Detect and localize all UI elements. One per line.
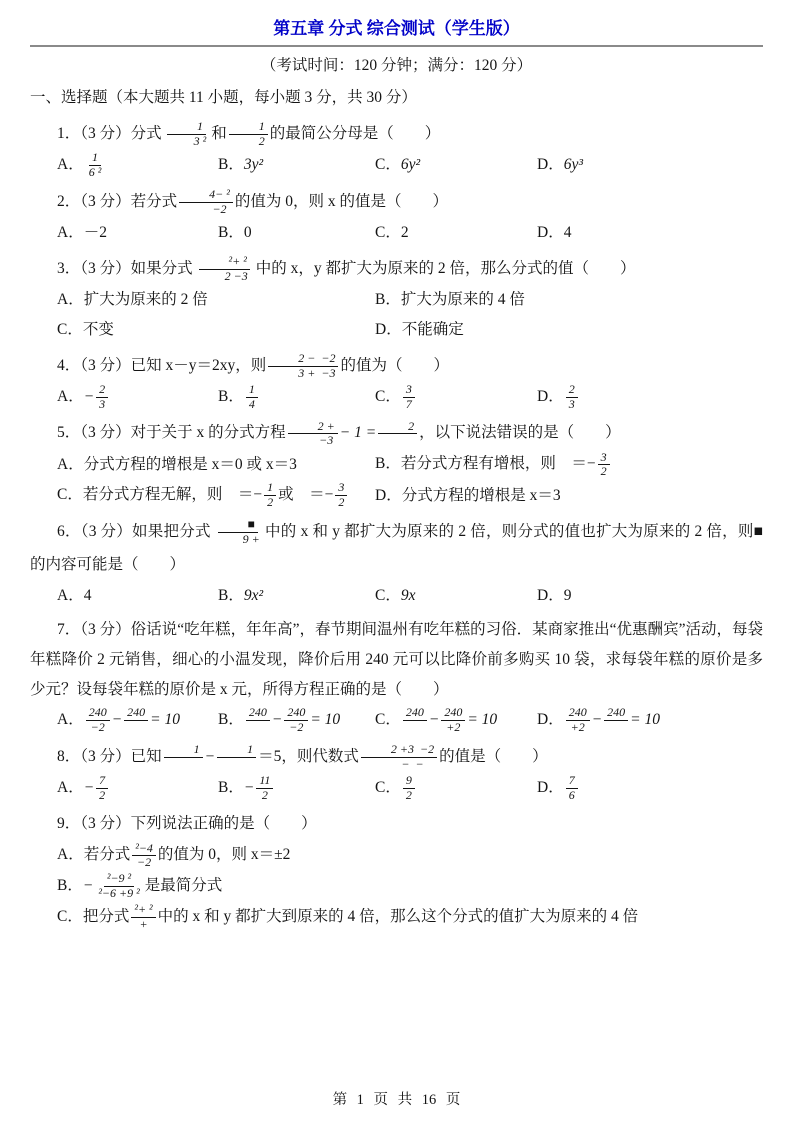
fraction: 2 − −23 + −3 xyxy=(268,352,338,381)
fraction-numerator: 1 xyxy=(246,383,258,398)
option-value: 2 xyxy=(401,224,409,241)
fraction-denominator: 2 xyxy=(335,496,347,510)
fraction-numerator: 240 xyxy=(566,706,590,721)
fraction: 72 xyxy=(96,774,108,803)
question-4-option-d: D．23 xyxy=(537,382,763,413)
fraction-denominator: −2 xyxy=(286,721,306,735)
fraction-numerator: ²+ ² xyxy=(131,903,155,918)
question-3-option-b: B．扩大为原来的 4 倍 xyxy=(375,285,763,315)
minus-sign: − xyxy=(205,748,215,765)
fraction-numerator: 9 xyxy=(403,774,415,789)
fraction-numerator: 7 xyxy=(566,774,578,789)
question-6-stem: 6．（3 分）如果把分式■9 +中的 x 和 y 都扩大为原来的 2 倍，则分式… xyxy=(30,515,763,581)
question-2-stem: 2．（3 分）若分式4− ²−2的值为 0，则 x 的值是（ ） xyxy=(30,185,763,218)
fraction-numerator: 1 xyxy=(89,151,101,166)
fraction: 76 xyxy=(566,774,578,803)
question-6-option-a: A．4 xyxy=(57,581,218,611)
option-label: D． xyxy=(537,156,564,173)
question-2-option-a: A．－2 xyxy=(57,218,218,248)
fraction: 14 xyxy=(246,383,258,412)
option-label: C． xyxy=(57,486,83,503)
fraction-denominator xyxy=(165,758,201,772)
fraction: ²+ ²+ xyxy=(131,903,155,932)
fraction-denominator: 3 xyxy=(566,398,578,412)
option-label: C． xyxy=(375,388,401,405)
fraction-denominator: 9 + xyxy=(213,533,263,547)
fraction-denominator: 3 xyxy=(96,398,108,412)
fraction: 240+2 xyxy=(441,706,465,735)
question-8-options: A．−72 B．−112 C．92 D．76 xyxy=(57,773,763,804)
minus-sign: − xyxy=(244,779,254,796)
fraction-numerator: 4− ² xyxy=(179,188,233,203)
fraction: 240+2 xyxy=(566,706,590,735)
question-3-option-a: A．扩大为原来的 2 倍 xyxy=(57,285,375,315)
fraction-numerator: ²−4 xyxy=(132,842,156,857)
question-8-text-post: 的值是（ ） xyxy=(439,748,548,765)
option-label: A． xyxy=(57,711,84,728)
fraction: 1 xyxy=(217,743,256,772)
option-value: 9 xyxy=(564,587,572,604)
page-title: 第五章 分式 综合测试（学生版） xyxy=(30,14,763,39)
option-label: B． xyxy=(375,291,401,308)
question-5-option-b: B．若分式方程有增根，则 ＝−32 xyxy=(375,449,763,480)
question-5-stem: 5．（3 分）对于关于 x 的分式方程2 +−3− 1 =2 ，以下说法错误的是… xyxy=(30,416,763,449)
option-label: A． xyxy=(57,291,84,308)
equals-value: = 10 xyxy=(150,711,180,728)
question-6-option-c: C．9x xyxy=(375,581,537,611)
fraction-denominator: 3 ² xyxy=(164,135,210,149)
fraction-numerator: 240 xyxy=(284,706,308,721)
exam-info: （考试时间：120 分钟；满分：120 分） xyxy=(30,51,763,81)
question-7-option-c: C．240 −240+2= 10 xyxy=(375,705,537,736)
fraction: 240 xyxy=(403,706,427,735)
question-5-text-post: ，以下说法错误的是（ ） xyxy=(419,424,621,441)
question-9-option-a: A．若分式²−4−2的值为 0，则 x＝±2 xyxy=(57,840,763,871)
minus-sign: − xyxy=(84,779,94,796)
question-3-text-post: 中的 x，y 都扩大为原来的 2 倍，那么分式的值（ ） xyxy=(256,260,636,277)
fraction: 112 xyxy=(256,774,273,803)
option-label: A． xyxy=(57,846,84,863)
title-divider xyxy=(30,45,763,47)
fraction-numerator: 11 xyxy=(256,774,273,789)
question-2-text-pre: 2．（3 分）若分式 xyxy=(57,193,177,210)
fraction-numerator: 2 xyxy=(378,420,417,435)
option-value: 分式方程的增根是 x＝3 xyxy=(402,487,561,504)
question-1-options: A．16 ² B．3y² C．6y² D．6y³ xyxy=(57,150,763,181)
fraction-numerator: 2 xyxy=(566,383,578,398)
option-label: D． xyxy=(375,487,402,504)
fraction: 240 xyxy=(246,706,270,735)
fraction: 32 xyxy=(335,481,347,510)
fraction-numerator: 1 xyxy=(264,481,276,496)
fraction-denominator: 2 xyxy=(598,465,610,479)
option-label: C． xyxy=(375,779,401,796)
fraction: 1 xyxy=(164,743,203,772)
minus-sign: − xyxy=(112,711,122,728)
question-8-text-mid: ＝5，则代数式 xyxy=(258,748,359,765)
fraction-denominator: −3 xyxy=(289,434,336,448)
fraction-numerator: 2 + xyxy=(288,420,338,435)
question-2-option-d: D．4 xyxy=(537,218,763,248)
option-value: 9x² xyxy=(244,587,263,604)
question-5-text-pre: 5．（3 分）对于关于 x 的分式方程 xyxy=(57,424,286,441)
question-4-stem: 4．（3 分）已知 x－y＝2xy，则2 − −23 + −3的值为（ ） xyxy=(30,349,763,382)
option-label: D． xyxy=(537,587,564,604)
option-label: B． xyxy=(218,156,244,173)
minus-sign: − xyxy=(592,711,602,728)
option-value: 6y² xyxy=(401,156,420,173)
fraction: 240 xyxy=(124,706,148,735)
fraction-denominator xyxy=(253,721,262,735)
fraction: 240−2 xyxy=(86,706,110,735)
question-3-options-row1: A．扩大为原来的 2 倍 B．扩大为原来的 4 倍 xyxy=(57,285,763,315)
fraction: 12 xyxy=(264,481,276,510)
question-3-option-c: C．不变 xyxy=(57,315,375,345)
option-value: 不变 xyxy=(83,321,114,338)
fraction-denominator: − − xyxy=(371,758,426,772)
question-5-option-d: D．分式方程的增根是 x＝3 xyxy=(375,481,763,511)
fraction: 23 xyxy=(566,383,578,412)
question-1-option-d: D．6y³ xyxy=(537,150,763,180)
question-6-option-d: D．9 xyxy=(537,581,763,611)
fraction: 16 ² xyxy=(86,151,105,180)
question-1-stem: 1．（3 分）分式13 ²和12的最简公分母是（ ） xyxy=(30,117,763,150)
fraction-numerator: 240 xyxy=(86,706,110,721)
fraction-numerator: 1 xyxy=(229,120,268,135)
option-label: A． xyxy=(57,456,84,473)
fraction: ²−4−2 xyxy=(132,842,156,871)
document-page: 第五章 分式 综合测试（学生版） （考试时间：120 分钟；满分：120 分） … xyxy=(0,0,793,1086)
option-label: B． xyxy=(218,224,244,241)
minus-sign: − xyxy=(83,877,93,894)
fraction-denominator: 2 −3 xyxy=(195,270,254,284)
fraction-numerator: 2 +3 −2 xyxy=(361,743,437,758)
question-1-text-pre: 1．（3 分）分式 xyxy=(57,125,162,142)
fraction-numerator: 1 xyxy=(217,743,256,758)
option-label: A． xyxy=(57,156,84,173)
fraction-numerator: 2 xyxy=(96,383,108,398)
question-2-option-b: B．0 xyxy=(218,218,375,248)
fraction-denominator: +2 xyxy=(568,721,588,735)
option-value: 0 xyxy=(244,224,252,241)
question-7-options: A．240−2−240 = 10 B．240 −240−2= 10 C．240 … xyxy=(57,705,763,736)
option-label: D． xyxy=(537,388,564,405)
option-text: 是最简分式 xyxy=(145,877,223,894)
fraction: 240 xyxy=(604,706,628,735)
fraction-denominator: −2 xyxy=(182,203,229,217)
fraction-numerator: 7 xyxy=(96,774,108,789)
option-label: A． xyxy=(57,779,84,796)
fraction-numerator: 1 xyxy=(167,120,206,135)
option-label: D． xyxy=(375,321,402,338)
fraction: 12 xyxy=(229,120,268,149)
option-value: 不能确定 xyxy=(402,321,464,338)
fraction-denominator: 2 xyxy=(229,135,268,149)
question-8-option-d: D．76 xyxy=(537,773,763,804)
question-6-text-pre: 6．（3 分）如果把分式 xyxy=(57,523,211,540)
equals-value: = 10 xyxy=(467,711,497,728)
fraction-denominator xyxy=(132,721,141,735)
fraction-denominator: 3 + −3 xyxy=(268,367,338,381)
fraction-denominator xyxy=(380,434,416,448)
fraction-denominator xyxy=(612,721,621,735)
option-label: B． xyxy=(218,388,244,405)
fraction-numerator: 3 xyxy=(598,451,610,466)
question-4-options: A．−23 B．14 C．37 D．23 xyxy=(57,382,763,413)
option-value: 扩大为原来的 4 倍 xyxy=(401,291,525,308)
fraction-denominator xyxy=(219,758,255,772)
option-label: C． xyxy=(375,156,401,173)
fraction-denominator: +2 xyxy=(443,721,463,735)
question-8-stem: 8．（3 分）已知1 −1 ＝5，则代数式2 +3 −2− −的值是（ ） xyxy=(30,740,763,773)
fraction-denominator: ²−6 +9 ² xyxy=(95,887,142,901)
fraction-numerator: 240 xyxy=(604,706,628,721)
option-text: 若分式方程有增根，则 ＝− xyxy=(401,455,596,472)
question-4-option-c: C．37 xyxy=(375,382,537,413)
question-2-option-c: C．2 xyxy=(375,218,537,248)
question-2-text-post: 的值为 0，则 x 的值是（ ） xyxy=(235,193,448,210)
fraction-denominator: 7 xyxy=(403,398,415,412)
fraction-numerator: 240 xyxy=(246,706,270,721)
option-value: 4 xyxy=(84,587,92,604)
fraction-denominator: 2 xyxy=(96,789,108,803)
option-text: 或 ＝− xyxy=(278,486,333,503)
option-label: C． xyxy=(57,908,83,925)
question-1-option-a: A．16 ² xyxy=(57,150,218,181)
fraction-denominator: −2 xyxy=(88,721,108,735)
fraction-numerator: ²−9 ² xyxy=(104,872,134,887)
question-5-option-c: C．若分式方程无解，则 ＝−12或 ＝−32 xyxy=(57,480,375,511)
fraction: 23 xyxy=(96,383,108,412)
question-3-stem: 3．（3 分）如果分式²+ ²2 −3 中的 x，y 都扩大为原来的 2 倍，那… xyxy=(30,252,763,285)
fraction: 2 +−3 xyxy=(288,420,338,449)
question-8-option-a: A．−72 xyxy=(57,773,218,804)
fraction-numerator: 3 xyxy=(403,383,415,398)
fraction-numerator: 240 xyxy=(124,706,148,721)
question-4-option-b: B．14 xyxy=(218,382,375,413)
question-3-text-pre: 3．（3 分）如果分式 xyxy=(57,260,193,277)
question-3-option-d: D．不能确定 xyxy=(375,315,763,345)
question-4-text-pre: 4．（3 分）已知 x－y＝2xy，则 xyxy=(57,357,266,374)
fraction: ²+ ²2 −3 xyxy=(195,255,254,284)
question-8-option-b: B．−112 xyxy=(218,773,375,804)
option-label: A． xyxy=(57,388,84,405)
question-9-option-b: B．−²−9 ²²−6 +9 ²是最简分式 xyxy=(57,871,763,902)
option-label: D． xyxy=(537,711,564,728)
option-label: A． xyxy=(57,224,84,241)
fraction-numerator: 240 xyxy=(403,706,427,721)
option-label: B． xyxy=(218,587,244,604)
fraction: 37 xyxy=(403,383,415,412)
option-label: C． xyxy=(375,711,401,728)
question-8-text-pre: 8．（3 分）已知 xyxy=(57,748,162,765)
fraction-denominator: 2 xyxy=(264,496,276,510)
question-6-option-b: B．9x² xyxy=(218,581,375,611)
option-label: B． xyxy=(218,779,244,796)
fraction: 4− ²−2 xyxy=(179,188,233,217)
fraction-numerator-square-symbol: ■ xyxy=(218,518,258,533)
question-1-option-b: B．3y² xyxy=(218,150,375,180)
minus-sign: − xyxy=(429,711,439,728)
fraction: 2 xyxy=(378,420,417,449)
fraction-numerator: 3 xyxy=(335,481,347,496)
question-7-option-a: A．240−2−240 = 10 xyxy=(57,705,218,736)
fraction-denominator: + xyxy=(136,918,150,932)
option-label: B． xyxy=(375,455,401,472)
fraction-denominator: 6 ² xyxy=(86,166,105,180)
question-4-text-post: 的值为（ ） xyxy=(340,357,449,374)
question-5-options-row1: A．分式方程的增根是 x＝0 或 x＝3 B．若分式方程有增根，则 ＝−32 xyxy=(57,449,763,480)
question-7-option-b: B．240 −240−2= 10 xyxy=(218,705,375,736)
question-7-stem: 7．（3 分）俗话说“吃年糕，年年高”，春节期间温州有吃年糕的习俗．某商家推出“… xyxy=(30,615,763,705)
question-1-option-c: C．6y² xyxy=(375,150,537,180)
question-5-equation-mid: − 1 = xyxy=(340,424,376,441)
minus-sign: − xyxy=(84,388,94,405)
option-value: 3y² xyxy=(244,156,263,173)
fraction-denominator xyxy=(410,721,419,735)
option-label: B． xyxy=(57,877,83,894)
page-footer: 第 1 页 共 16 页 xyxy=(0,1086,793,1122)
fraction-numerator: 2 − −2 xyxy=(268,352,338,367)
option-label: C． xyxy=(57,321,83,338)
question-8-option-c: C．92 xyxy=(375,773,537,804)
section-heading: 一、选择题（本大题共 11 小题，每小题 3 分，共 30 分） xyxy=(30,83,763,113)
fraction: 32 xyxy=(598,451,610,480)
option-value: －2 xyxy=(84,224,107,241)
option-text: 的值为 0，则 x＝±2 xyxy=(158,846,291,863)
option-text: 把分式 xyxy=(83,908,130,925)
option-value: 9x xyxy=(401,587,416,604)
question-9-option-c: C．把分式²+ ²+中的 x 和 y 都扩大到原来的 4 倍，那么这个分式的值扩… xyxy=(57,902,763,933)
fraction: 13 ² xyxy=(164,120,210,149)
fraction-denominator: −2 xyxy=(134,856,154,870)
option-value: 4 xyxy=(564,224,572,241)
option-value: 扩大为原来的 2 倍 xyxy=(84,291,208,308)
option-text: 若分式方程无解，则 ＝− xyxy=(83,486,262,503)
equals-value: = 10 xyxy=(310,711,340,728)
fraction: 92 xyxy=(403,774,415,803)
option-label: B． xyxy=(218,711,244,728)
option-label: A． xyxy=(57,587,84,604)
fraction-numerator: 1 xyxy=(164,743,203,758)
fraction-numerator: 240 xyxy=(441,706,465,721)
fraction: ■9 + xyxy=(213,518,263,547)
equals-value: = 10 xyxy=(630,711,660,728)
question-2-options: A．－2 B．0 C．2 D．4 xyxy=(57,218,763,248)
question-4-option-a: A．−23 xyxy=(57,382,218,413)
fraction-denominator: 2 xyxy=(403,789,415,803)
fraction: 2 +3 −2− − xyxy=(361,743,437,772)
option-value: 分式方程的增根是 x＝0 或 x＝3 xyxy=(84,456,297,473)
question-3-options-row2: C．不变 D．不能确定 xyxy=(57,315,763,345)
option-label: D． xyxy=(537,779,564,796)
fraction-denominator: 6 xyxy=(566,789,578,803)
question-5-options-row2: C．若分式方程无解，则 ＝−12或 ＝−32 D．分式方程的增根是 x＝3 xyxy=(57,480,763,511)
option-label: D． xyxy=(537,224,564,241)
fraction: 240−2 xyxy=(284,706,308,735)
option-label: C． xyxy=(375,224,401,241)
question-1-text-post: 的最简公分母是（ ） xyxy=(270,125,441,142)
question-9-stem: 9．（3 分）下列说法正确的是（ ） xyxy=(30,807,763,840)
option-value: 6y³ xyxy=(564,156,583,173)
option-text: 若分式 xyxy=(84,846,131,863)
question-7-option-d: D．240+2−240 = 10 xyxy=(537,705,763,736)
option-label: C． xyxy=(375,587,401,604)
question-1-text-mid: 和 xyxy=(211,125,227,142)
question-6-options: A．4 B．9x² C．9x D．9 xyxy=(57,581,763,611)
fraction-denominator: 4 xyxy=(246,398,258,412)
option-text: 中的 x 和 y 都扩大到原来的 4 倍，那么这个分式的值扩大为原来的 4 倍 xyxy=(158,908,639,925)
question-5-option-a: A．分式方程的增根是 x＝0 或 x＝3 xyxy=(57,450,375,480)
minus-sign: − xyxy=(272,711,282,728)
fraction-denominator: 2 xyxy=(259,789,271,803)
fraction-numerator: ²+ ² xyxy=(199,255,250,270)
fraction: ²−9 ²²−6 +9 ² xyxy=(95,872,142,901)
